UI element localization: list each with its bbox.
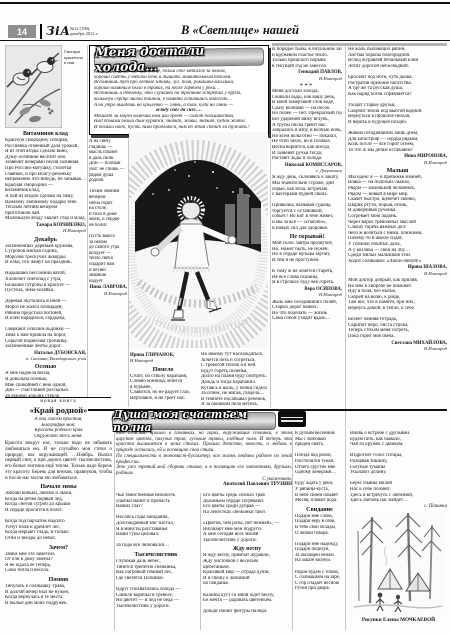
soul-intro: Моё детство прошло в Починках, на горах,… [116, 431, 292, 491]
lead-outro: Мешает ли мороз колючий нам или греет — … [94, 114, 264, 131]
poem-title: Помню [5, 577, 112, 583]
poem-lines: Люблю коньки, люблю и лыжи,Когда на речк… [5, 491, 112, 541]
poem-lines: Подари мне слова,Подари веру в себя,В те… [295, 514, 344, 592]
poem-author-place: Н.Новгород [348, 160, 447, 165]
book-kicker: новая книга [5, 399, 112, 404]
book-cover-thumbnail [278, 411, 306, 427]
poem-lines: Красную смородину собирая,Россиянка отме… [5, 138, 86, 222]
poem-author-place: Н.Новгород [89, 291, 127, 296]
far-right-column: Не жаль пылающих рябин,Листвы борьбы бла… [348, 47, 447, 408]
column-rule [345, 47, 346, 630]
poem-lines: Зачем мне эта заметельОт ели к дому заме… [5, 552, 112, 574]
under-art-right-column: Но некому тут наслаждаться,Хочется петь … [201, 352, 267, 408]
poem-title: Витаминов клад [5, 131, 86, 137]
center-right-column: В порядке тьмы, в читальном зале,и круже… [272, 47, 342, 408]
poem-lines: Меня достали холода,Сковали льды, как ва… [272, 89, 342, 162]
poem-lines: Тянулась к солнышку трава,И долгий вечер… [5, 584, 112, 606]
forest-camp-illustration [350, 511, 445, 615]
page-top-rule [0, 2, 450, 4]
soul-intro-text: Это уже третий мой сборник стихов, и я п… [116, 465, 292, 476]
poem-title: Зачем? [5, 545, 112, 551]
poem-title: Помело [130, 367, 196, 373]
lead-feature-box: Меня достали холода… Навевает грусть зим… [89, 45, 269, 135]
soul-column-d: Вновь о встрече с друзьями.Будем петь, к… [350, 431, 447, 632]
poem-lines: Не жаль пылающих рябин,Листвы борьбы бла… [348, 47, 447, 153]
poem-title: Тысячелистник [116, 552, 196, 558]
book-cover-line [281, 420, 303, 422]
soul-column-c: К ручьям весеннимМы с любовьюпридём опят… [295, 431, 344, 630]
poem-lines: Жаль мне сегодняшних полей,Старых дорог … [272, 300, 342, 322]
header-gray-band [272, 43, 447, 47]
poem-osenyu: Осенью А мне надоела весна,Я довольна ос… [5, 364, 86, 397]
poem-lines: Заснеженных деревьев кружева,Сугробов мя… [5, 244, 86, 350]
birds-illustration [5, 45, 62, 128]
masthead-divider [40, 24, 42, 39]
birds-figure: Снегириприлетелик нам [5, 45, 86, 128]
poem-lines: Мой голос завтра прозвучит,Но, может быт… [272, 241, 342, 286]
column-rule [200, 493, 201, 630]
soul-section-title: Душа моя счастьем полна [112, 412, 276, 430]
skater-drawing [129, 132, 268, 348]
poem-lines: Его цветы средь спелых травДыханьем серд… [203, 493, 291, 543]
birds-caption: Снегириприлетелик нам [64, 45, 83, 128]
poem-title: Начало зимы [5, 484, 112, 490]
masthead: 14 ЗіА №12 (198), декабрь 2012 г. В «Све… [0, 22, 450, 40]
poem-author-place: Н.Новгород [348, 271, 447, 276]
poem-title: Осенью [5, 364, 86, 370]
book-section-rule [5, 397, 111, 398]
poem-signature: с. Починки [350, 504, 447, 509]
poem-lines: Я жду день, склоняясь к закату,Мы значит… [272, 175, 342, 231]
poem-author-place: Н.Новгород [130, 358, 196, 363]
narrow-poem-column: А на свечуглядишь —мысль плывётв даль св… [89, 139, 127, 407]
soul-intro-text: По специальности я экономист-бухгалтер, … [116, 454, 292, 465]
page-number: 14 [8, 25, 36, 38]
poem-lines: Но некому тут наслаждаться,Хочется петь … [201, 352, 267, 408]
poem-lines: Вновь о встрече с друзьями.Будем петь, к… [350, 431, 447, 504]
skater-illustration [129, 132, 268, 348]
poem-lines: Мы идём: я — в пробежке зимней,Вовка — н… [348, 175, 447, 265]
book-feature-column: новая книга «Край родной» А она совсем п… [5, 399, 112, 630]
lead-title: Меня достали холода… [94, 48, 264, 69]
book-cover-line [281, 417, 303, 419]
under-art-left-column: Ирина ГЛИЧАНОК, Н.Новгород Помело Стоит,… [130, 352, 196, 408]
poem-lines: Я жду весну, примчат журавли,Жду листочк… [203, 553, 291, 615]
issue-info: №12 (198), декабрь 2012 г. [70, 26, 98, 36]
poem-title: Декабрь [5, 237, 86, 243]
book-quatrain: А она совсем простая,Биография моя:Красо… [5, 417, 112, 439]
column-rule [270, 47, 271, 408]
newspaper-logo: ЗіА [46, 24, 71, 38]
soul-intro-text: Моё детство прошло в Починках, на горах,… [116, 431, 292, 454]
poem-lines: В порядке тьмы, в читальном зале,и круже… [272, 47, 342, 69]
poem-lines: А на свечуглядишь —мысль плывётв даль св… [89, 139, 127, 284]
poem-lines: Чья таинственная нежностьулыбки манит в … [116, 493, 196, 549]
soul-column-b: Его цветы средь спелых травДыханьем серд… [203, 493, 291, 630]
poem-dekabr: Декабрь Заснеженных деревьев кружева,Суг… [5, 237, 86, 362]
header-rule [0, 40, 450, 41]
illustration-caption: Рисунки Елены МОЧКАЕВОЙ [350, 617, 447, 623]
poem-author-place: Н.Новгород [272, 76, 342, 81]
newspaper-page: 14 ЗіА №12 (198), декабрь 2012 г. В «Све… [0, 0, 450, 636]
poem-title: Свидание [295, 507, 344, 513]
poem-author-place: г. Дзержинск [272, 168, 342, 173]
poem-author-place: Н.Новгород [5, 228, 86, 233]
soul-column-a: Чья таинственная нежностьулыбки манит в … [116, 493, 196, 630]
issue-date: декабрь 2012 г. [70, 31, 98, 36]
poem-lines: Мой доктор добрый, как прилив,Но мне в х… [348, 278, 447, 340]
column-rule [292, 431, 293, 630]
poem-lines: А мне надоела весна,Я довольна осенью,Мн… [5, 371, 86, 397]
poem-vitaminov-klad: Витаминов клад Красную смородину собирая… [5, 131, 86, 234]
poem-title: Жду весну [203, 546, 291, 552]
section-title: В «Светлице» нашей [130, 23, 350, 38]
poem-author-place: п. Смолино, Володарского р-на [5, 356, 86, 361]
soul-signature-name: Анатолий Павлович ТРУНИН [116, 482, 292, 487]
poem-lines: Глубокая даль небес,Тянется трепетно сне… [116, 559, 196, 609]
book-title: «Край родной» [5, 405, 112, 415]
lead-intro: Навевает грусть зимний вечер, белый снег… [94, 69, 264, 108]
poem-lines: Стоит, по стволу барабаня,Словно конница… [130, 374, 196, 402]
poem-author-place: Н.Новгород [348, 346, 447, 351]
column-rule [87, 45, 88, 397]
poem-lines: К ручьям весеннимМы с любовьюпридём опят… [295, 431, 344, 504]
poem-title: Малыш [348, 168, 447, 174]
poem-title: Не скрывай! [272, 234, 342, 240]
left-column: Снегириприлетелик нам Витаминов клад Кра… [5, 45, 86, 397]
poem-author-place: Н.Новгород [272, 292, 342, 297]
book-prose: Красота вокруг нас, только надо не забыв… [5, 441, 112, 481]
column-rule [114, 412, 115, 630]
